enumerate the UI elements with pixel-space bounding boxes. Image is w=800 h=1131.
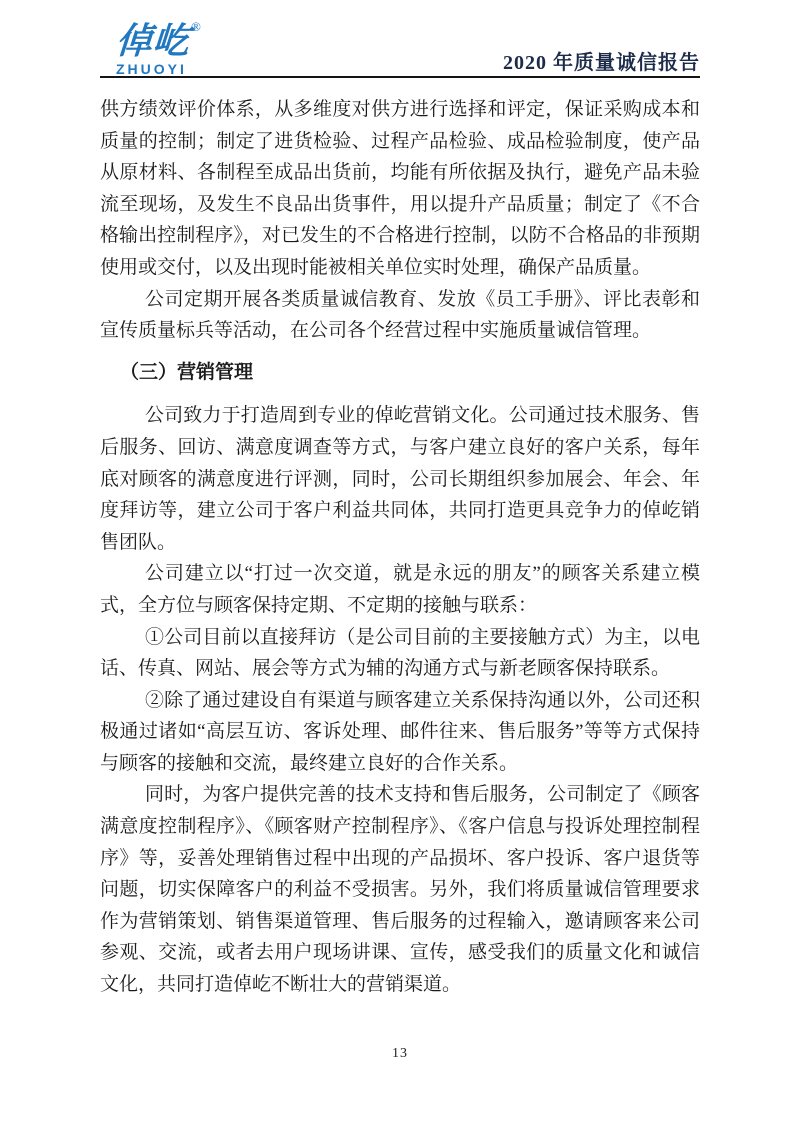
- paragraph-supplier-evaluation: 供方绩效评价体系，从多维度对供方进行选择和评定，保证采购成本和质量的控制；制定了…: [100, 94, 700, 284]
- section-heading-marketing-management: （三）营销管理: [100, 357, 700, 389]
- document-body: 供方绩效评价体系，从多维度对供方进行选择和评定，保证采购成本和质量的控制；制定了…: [100, 94, 700, 1001]
- logo-wordmark: 倬屹®: [116, 20, 201, 59]
- paragraph-contact-method-2: ②除了通过建设自有渠道与顾客建立关系保持沟通以外，公司还积极通过诸如“高层互访、…: [100, 685, 700, 780]
- page-number: 13: [392, 1046, 408, 1061]
- logo-latin-text: ZHUOYI: [116, 62, 201, 76]
- report-title: 2020 年质量诚信报告: [503, 46, 700, 75]
- paragraph-customer-relation-model: 公司建立以“打过一次交道，就是永远的朋友”的顾客关系建立模式，全方位与顾客保持定…: [100, 558, 700, 621]
- paragraph-after-sales-service: 同时，为客户提供完善的技术支持和售后服务，公司制定了《顾客满意度控制程序》、《顾…: [100, 779, 700, 1000]
- paragraph-contact-method-1: ①公司目前以直接拜访（是公司目前的主要接触方式）为主，以电话、传真、网站、展会等…: [100, 622, 700, 685]
- document-page: 倬屹® ZHUOYI 2020 年质量诚信报告 供方绩效评价体系，从多维度对供方…: [0, 0, 800, 1131]
- paragraph-marketing-culture: 公司致力于打造周到专业的倬屹营销文化。公司通过技术服务、售后服务、回访、满意度调…: [100, 400, 700, 558]
- company-logo: 倬屹® ZHUOYI: [116, 20, 201, 76]
- page-footer: 13: [0, 1044, 800, 1062]
- logo-chinese-text: 倬屹: [115, 23, 192, 59]
- paragraph-integrity-education: 公司定期开展各类质量诚信教育、发放《员工手册》、评比表彰和宣传质量标兵等活动，在…: [100, 284, 700, 347]
- header-divider: [100, 76, 700, 78]
- registered-trademark-icon: ®: [191, 19, 201, 34]
